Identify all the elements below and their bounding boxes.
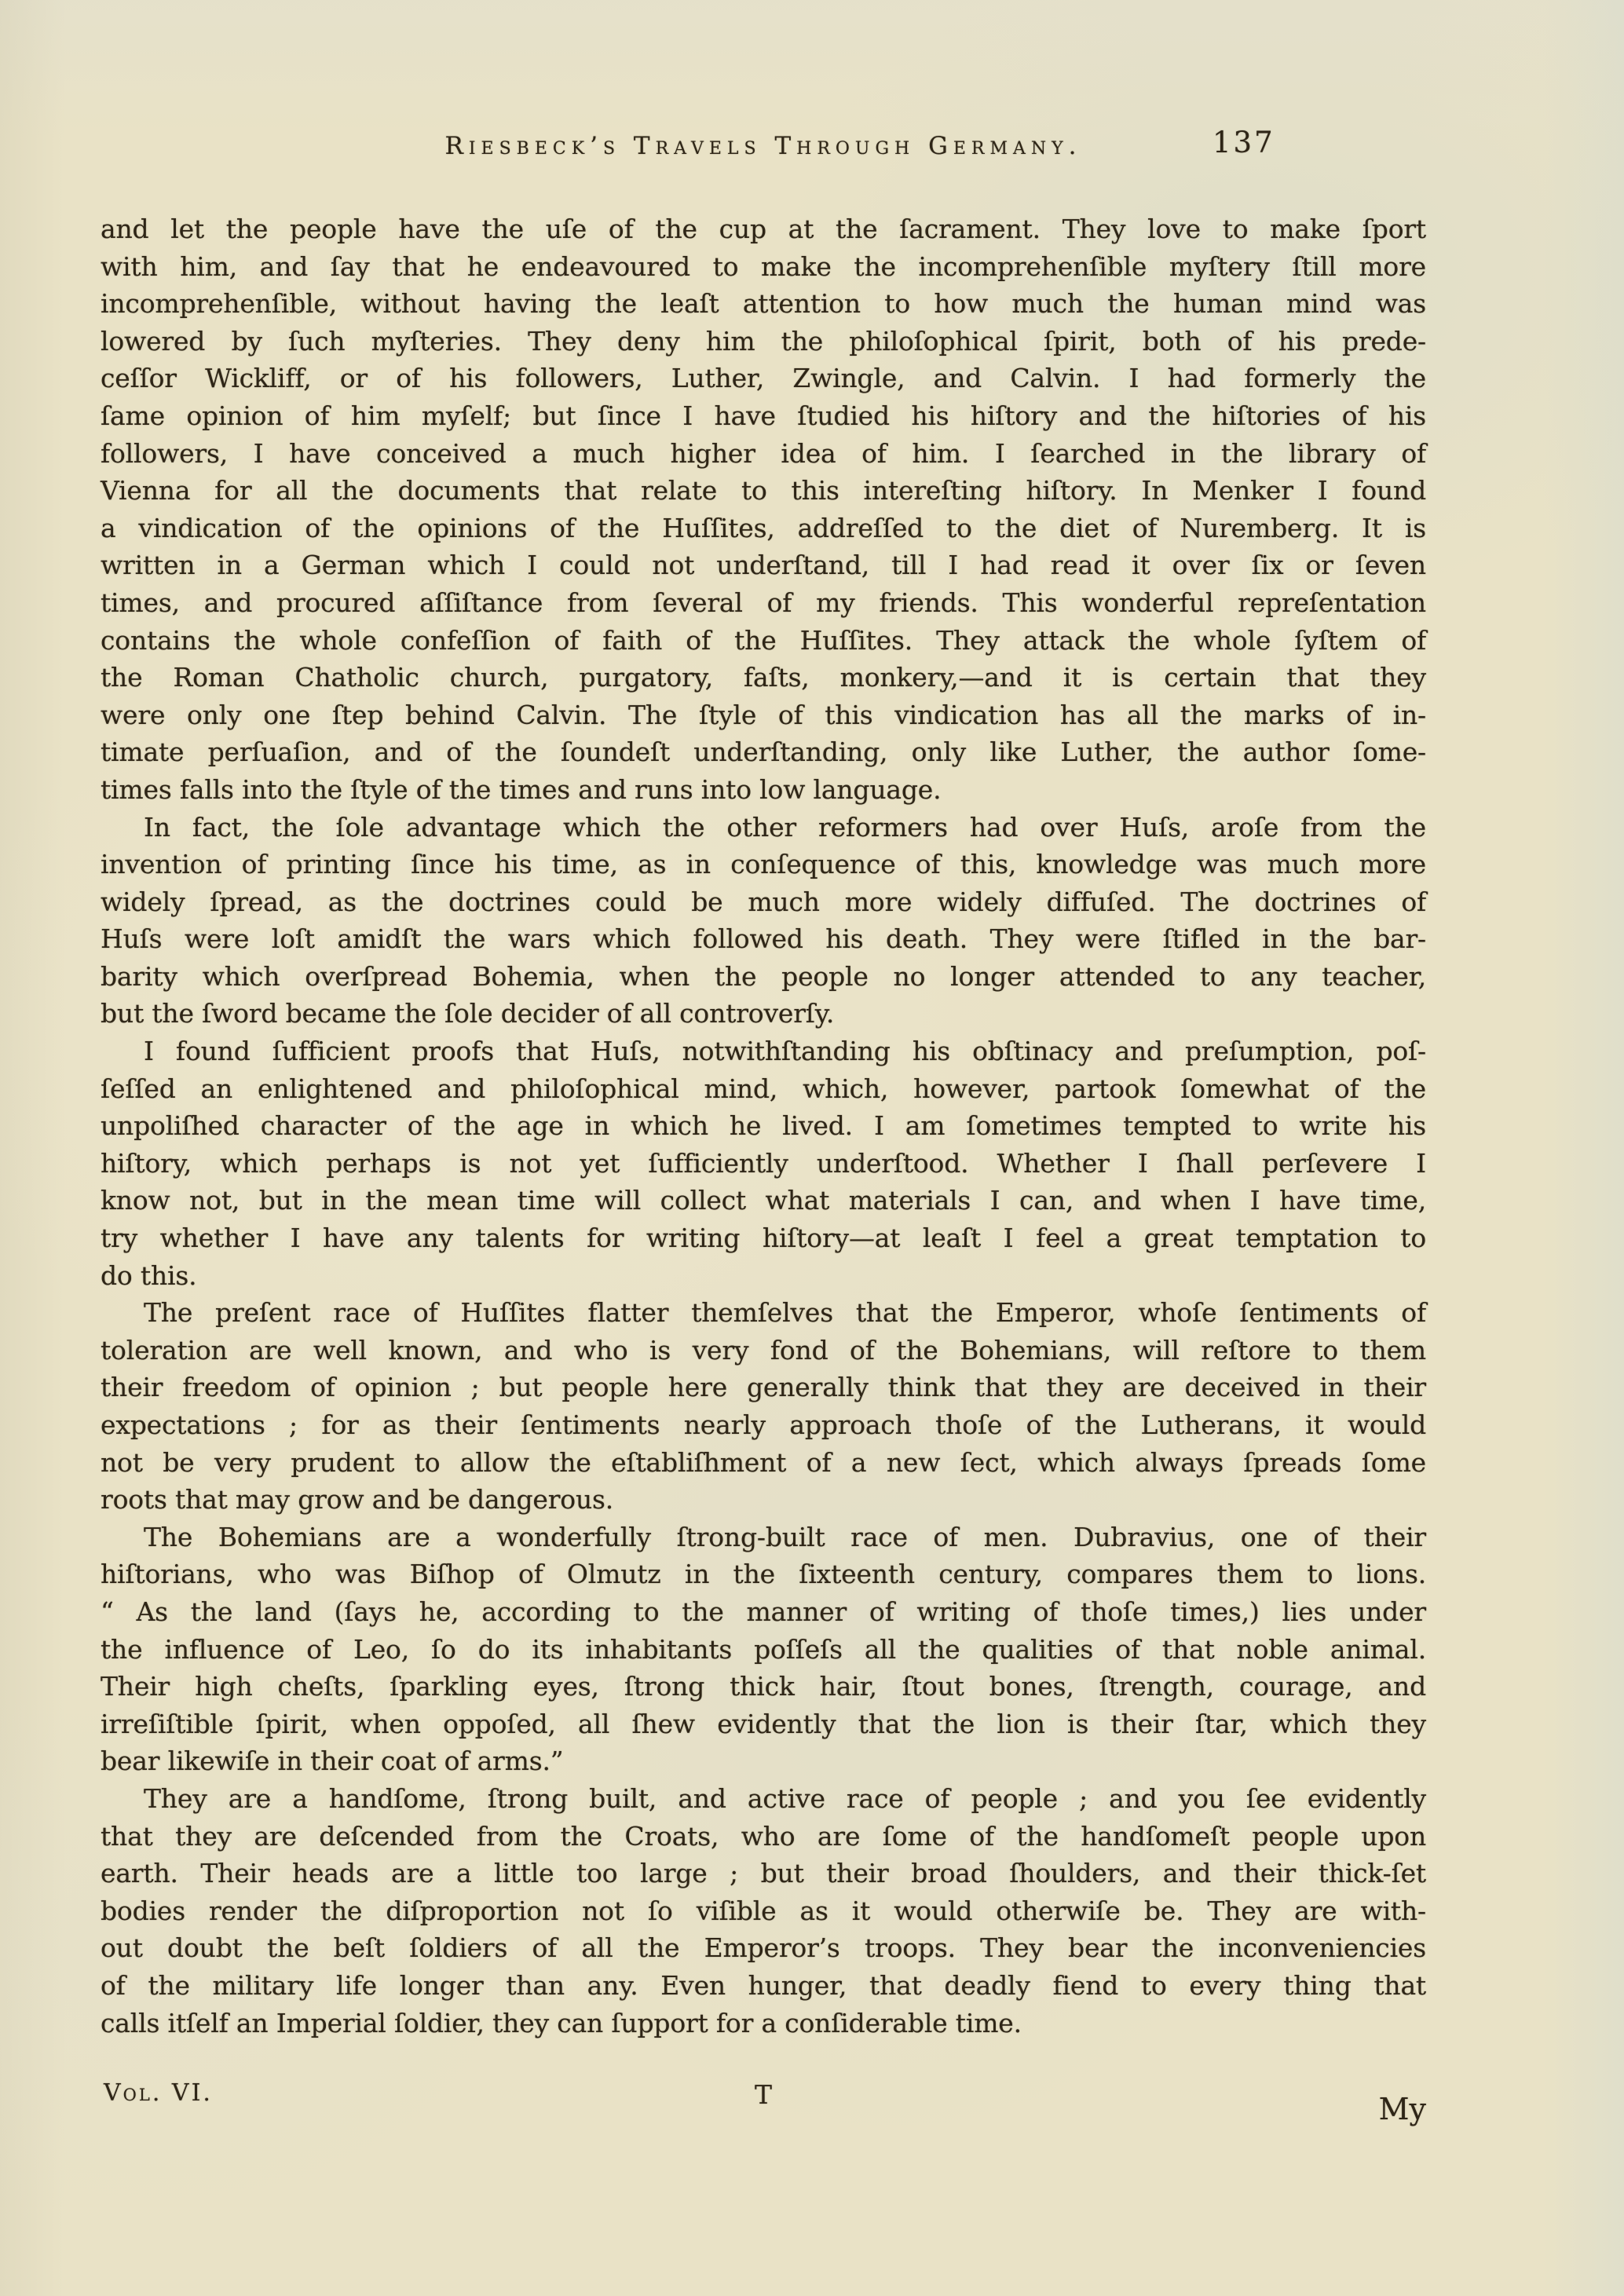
text-line: hiſtory, which perhaps is not yet ſuffic…: [101, 1145, 1426, 1183]
text-line: with him, and ſay that he endeavoured to…: [101, 248, 1426, 286]
text-line: bodies render the diſproportion not ſo v…: [101, 1892, 1426, 1930]
book-page-scan: Riesbeck’s Travels Through Germany. 137 …: [0, 0, 1624, 2296]
paragraph: I found ſufficient proofs that Huſs, not…: [101, 1033, 1426, 1294]
text-line: Their high cheſts, ſparkling eyes, ſtron…: [101, 1668, 1426, 1706]
text-line: incomprehenſible, without having the lea…: [101, 285, 1426, 323]
text-line: timate perſuaſion, and of the ſoundeſt u…: [101, 733, 1426, 771]
text-line: I found ſufficient proofs that Huſs, not…: [101, 1033, 1426, 1070]
text-line: widely ſpread, as the doctrines could be…: [101, 883, 1426, 921]
text-line: times, and procured aſſiſtance from ſeve…: [101, 584, 1426, 622]
text-line: unpoliſhed character of the age in which…: [101, 1107, 1426, 1145]
text-line: invention of printing ſince his time, as…: [101, 846, 1426, 883]
text-line: toleration are well known, and who is ve…: [101, 1332, 1426, 1369]
text-line: out doubt the beſt ſoldiers of all the E…: [101, 1929, 1426, 1967]
catchword: My: [1379, 2092, 1426, 2126]
text-line: lowered by ſuch myſteries. They deny him…: [101, 323, 1426, 360]
text-line: times falls into the ſtyle of the times …: [101, 771, 1426, 809]
text-line: The Bohemians are a wonderfully ſtrong-b…: [101, 1519, 1426, 1556]
text-line: contains the whole confeſſion of faith o…: [101, 622, 1426, 660]
text-line: ceſſor Wickliff, or of his followers, Lu…: [101, 360, 1426, 397]
text-line: not be very prudent to allow the eſtabli…: [101, 1444, 1426, 1482]
paragraph: They are a handſome, ſtrong built, and a…: [101, 1780, 1426, 2042]
text-line: written in a German which I could not un…: [101, 547, 1426, 584]
text-line: roots that may grow and be dangerous.: [101, 1481, 1426, 1519]
text-line: were only one ſtep behind Calvin. The ſt…: [101, 696, 1426, 734]
page-body: and let the people have the uſe of the c…: [101, 210, 1426, 2042]
text-line: know not, but in the mean time will coll…: [101, 1182, 1426, 1219]
paragraph: The preſent race of Huſſites flatter the…: [101, 1294, 1426, 1519]
signature-mark: T: [755, 2079, 772, 2110]
text-line: Vienna for all the documents that relate…: [101, 472, 1426, 510]
text-line: the influence of Leo, ſo do its inhabita…: [101, 1631, 1426, 1669]
paragraph: The Bohemians are a wonderfully ſtrong-b…: [101, 1519, 1426, 1780]
text-line: hiſtorians, who was Biſhop of Olmutz in …: [101, 1556, 1426, 1593]
volume-label: Vol. VI.: [104, 2079, 213, 2107]
text-line: of the military life longer than any. Ev…: [101, 1967, 1426, 2005]
text-line: earth. Their heads are a little too larg…: [101, 1855, 1426, 1892]
text-line: a vindication of the opinions of the Huſ…: [101, 510, 1426, 547]
paragraph: In fact, the ſole advantage which the ot…: [101, 809, 1426, 1033]
text-line: They are a handſome, ſtrong built, and a…: [101, 1780, 1426, 1818]
text-line: ſame opinion of him myſelf; but ſince I …: [101, 397, 1426, 435]
page-number: 137: [1213, 126, 1275, 159]
text-line: irreſiſtible ſpirit, when oppoſed, all ſ…: [101, 1706, 1426, 1743]
text-line: try whether I have any talents for writi…: [101, 1219, 1426, 1257]
text-line: followers, I have conceived a much highe…: [101, 435, 1426, 473]
text-line: bear likewiſe in their coat of arms.”: [101, 1742, 1426, 1780]
text-line: their freedom of opinion ; but people he…: [101, 1369, 1426, 1406]
paragraph: and let the people have the uſe of the c…: [101, 210, 1426, 809]
text-line: Huſs were loſt amidſt the wars which fol…: [101, 920, 1426, 958]
text-line: The preſent race of Huſſites flatter the…: [101, 1294, 1426, 1332]
text-line: the Roman Chatholic church, purgatory, f…: [101, 659, 1426, 696]
text-line: and let the people have the uſe of the c…: [101, 210, 1426, 248]
text-line: but the ſword became the ſole decider of…: [101, 995, 1426, 1033]
page-footer: Vol. VI. T My: [101, 2079, 1426, 2166]
text-line: expectations ; for as their ſentiments n…: [101, 1406, 1426, 1444]
text-line: do this.: [101, 1257, 1426, 1295]
text-line: that they are deſcended from the Croats,…: [101, 1818, 1426, 1855]
text-line: ſeſſed an enlightened and philoſophical …: [101, 1070, 1426, 1108]
text-line: In fact, the ſole advantage which the ot…: [101, 809, 1426, 846]
text-line: “ As the land (ſays he, according to the…: [101, 1593, 1426, 1631]
text-line: barity which overſpread Bohemia, when th…: [101, 958, 1426, 996]
text-line: calls itſelf an Imperial ſoldier, they c…: [101, 2005, 1426, 2042]
